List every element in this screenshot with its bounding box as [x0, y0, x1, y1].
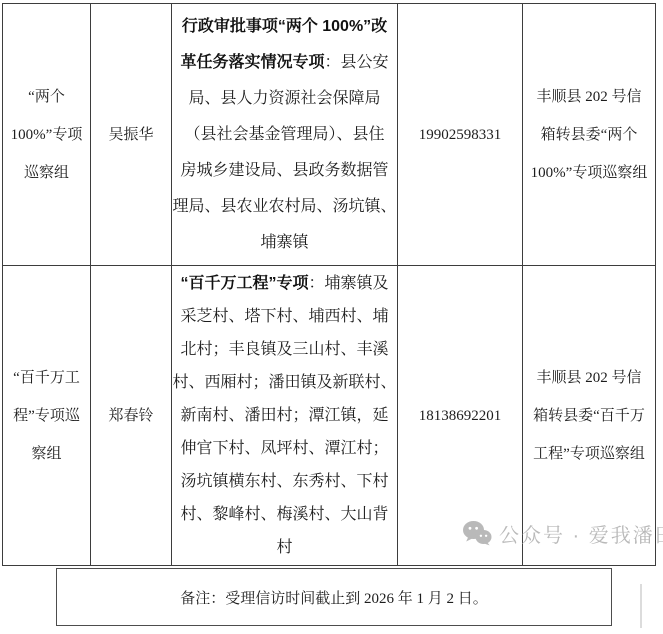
scan-artifact — [640, 584, 642, 628]
mailbox-line: 丰顺县 202 号信 — [536, 78, 641, 116]
scope-regular-text: 理局、县农业农村局、汤坑镇、 — [173, 198, 397, 215]
wechat-icon — [462, 520, 492, 546]
leader-cell-2: 郑春铃 — [91, 266, 172, 566]
scope-regular-text: （县社会基金管理局）、县住 — [184, 126, 384, 143]
phone-cell-1: 19902598331 — [398, 4, 523, 266]
mailbox-line: 工程”专项巡察组 — [533, 435, 645, 473]
scope-regular-text: 村、西厢村；潘田镇及新联村、 — [173, 374, 397, 391]
document-page: “两个100%”专项巡察组 吴振华 行政审批事项“两个 100%”改革任务落实情… — [0, 0, 663, 634]
scope-line: 局、县人力资源社会保障局 — [188, 81, 380, 117]
group-name-line: “两个 — [28, 78, 65, 116]
scope-regular-text: 伸官下村、凤坪村、潭江村； — [180, 440, 388, 457]
scope-line: 理局、县农业农村局、汤坑镇、 — [173, 189, 397, 225]
scope-line: 伸官下村、凤坪村、潭江村； — [180, 432, 388, 465]
scope-regular-text: 采芝村、塔下村、埔西村、埔 — [180, 308, 388, 325]
group-name-line: 察组 — [31, 435, 61, 473]
leader-name: 吴振华 — [108, 116, 153, 154]
scope-regular-text: 汤坑镇横东村、东秀村、下村 — [180, 473, 388, 490]
watermark-text: 公众号 · 爱我潘田 — [499, 519, 663, 548]
scope-line: 村 — [276, 531, 292, 564]
scope-bold-text: 行政审批事项“两个 100%”改 — [182, 18, 387, 35]
scope-bold-text: “百千万工程”专项 — [180, 275, 308, 292]
scope-line: “百千万工程”专项：埔寨镇及 — [180, 267, 388, 300]
scope-line: 房城乡建设局、县政务数据管 — [180, 153, 388, 189]
note-text: 备注：受理信访时间截止到 2026 年 1 月 2 日。 — [180, 587, 488, 608]
scope-line: 行政审批事项“两个 100%”改 — [182, 9, 387, 45]
scope-line: 革任务落实情况专项：县公安 — [180, 45, 388, 81]
group-name-line: 程”专项巡 — [13, 397, 80, 435]
scope-line: 村、黎峰村、梅溪村、大山背 — [180, 498, 388, 531]
note-box: 备注：受理信访时间截止到 2026 年 1 月 2 日。 — [56, 568, 612, 626]
scope-regular-text: ：县公安 — [325, 54, 389, 71]
scope-line: 汤坑镇横东村、东秀村、下村 — [180, 465, 388, 498]
group-name-cell-1: “两个100%”专项巡察组 — [3, 4, 91, 266]
phone-number: 18138692201 — [419, 397, 502, 435]
scope-line: 村、西厢村；潘田镇及新联村、 — [173, 366, 397, 399]
scope-cell-1: 行政审批事项“两个 100%”改革任务落实情况专项：县公安局、县人力资源社会保障… — [172, 4, 398, 266]
mailbox-line: 丰顺县 202 号信 — [536, 359, 641, 397]
phone-number: 19902598331 — [419, 116, 502, 154]
scope-regular-text: 村 — [276, 539, 292, 556]
scope-line: 采芝村、塔下村、埔西村、埔 — [180, 300, 388, 333]
mailbox-line: 箱转县委“两个 — [541, 116, 638, 154]
leader-cell-1: 吴振华 — [91, 4, 172, 266]
scope-regular-text: 局、县人力资源社会保障局 — [188, 90, 380, 107]
leader-name: 郑春铃 — [108, 397, 153, 435]
group-name-cell-2: “百千万工程”专项巡察组 — [3, 266, 91, 566]
group-name-line: 100%”专项 — [11, 116, 83, 154]
scope-regular-text: 房城乡建设局、县政务数据管 — [180, 162, 388, 179]
watermark: 公众号 · 爱我潘田 — [462, 518, 663, 548]
mailbox-line: 箱转县委“百千万 — [533, 397, 645, 435]
scope-regular-text: 埔寨镇 — [260, 234, 308, 251]
scope-regular-text: 村、黎峰村、梅溪村、大山背 — [180, 506, 388, 523]
scope-line: （县社会基金管理局）、县住 — [184, 117, 384, 153]
mailbox-cell-1: 丰顺县 202 号信箱转县委“两个100%”专项巡察组 — [523, 4, 656, 266]
scope-regular-text: 新南村、潘田村；潭江镇，延 — [180, 407, 388, 424]
group-name-line: “百千万工 — [13, 359, 80, 397]
mailbox-line: 100%”专项巡察组 — [531, 154, 648, 192]
scope-regular-text: ：埔寨镇及 — [309, 275, 389, 292]
scope-line: 新南村、潘田村；潭江镇，延 — [180, 399, 388, 432]
scope-line: 埔寨镇 — [260, 225, 308, 261]
inspection-groups-table: “两个100%”专项巡察组 吴振华 行政审批事项“两个 100%”改革任务落实情… — [2, 3, 656, 566]
scope-line: 北村；丰良镇及三山村、丰溪 — [180, 333, 388, 366]
scope-regular-text: 北村；丰良镇及三山村、丰溪 — [180, 341, 388, 358]
scope-bold-text: 革任务落实情况专项 — [180, 54, 324, 71]
scope-cell-2: “百千万工程”专项：埔寨镇及采芝村、塔下村、埔西村、埔北村；丰良镇及三山村、丰溪… — [172, 266, 398, 566]
group-name-line: 巡察组 — [24, 154, 69, 192]
